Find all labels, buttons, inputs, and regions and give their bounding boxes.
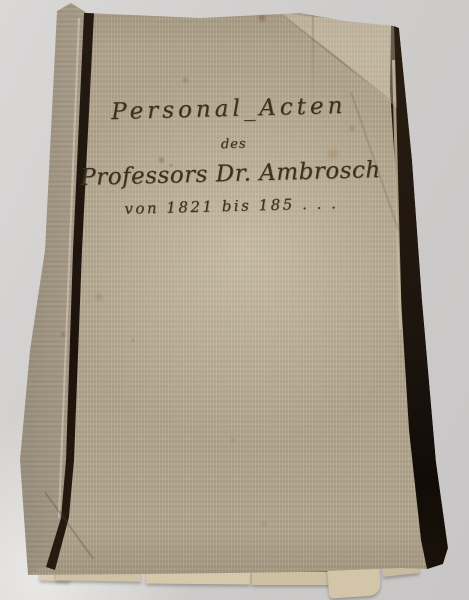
title-line-2: des [63,132,405,156]
title-line-4: von 1821 bis 185 . . . [56,192,406,219]
photo-background: Personal_Acten des Professors Dr. Ambros… [0,0,469,600]
stain [59,331,67,338]
stain [229,437,236,443]
stain [260,520,269,527]
title-line-1: Personal_Acten [54,91,405,126]
stain [130,338,136,343]
stain [93,292,105,302]
cover-title-block: Personal_Acten des Professors Dr. Ambros… [54,91,407,219]
title-line-3: Professors Dr. Ambrosch [55,156,406,191]
document-folder: Personal_Acten des Professors Dr. Ambros… [0,0,469,600]
stain [181,76,190,84]
stain [256,13,268,23]
protruding-page [252,571,332,585]
